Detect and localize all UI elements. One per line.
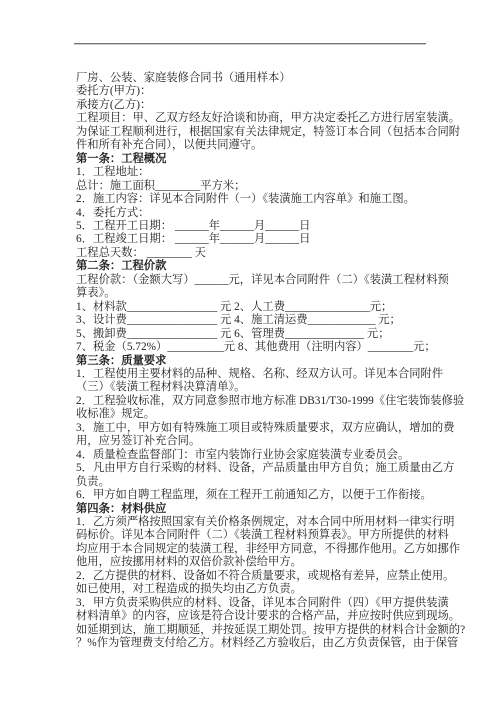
document-line: 材料清单》的内容，应该是符合设计要求的合格产品，并应按时供应到现场。 (76, 610, 448, 623)
document-line: 如已使用，对工程造成的损失均由乙方负责。 (76, 583, 448, 596)
document-line: 5、搬卸费________________ 元 6、管理费___________… (76, 328, 448, 341)
document-line: 工程项目：甲、乙双方经友好洽谈和协商，甲方决定委托乙方进行居室装潢。 (76, 112, 448, 125)
document-line: 他用，应按挪用材料的双倍价款补偿给甲方。 (76, 556, 448, 569)
document-line: 均应用于本合同规定的装潢工程，非经甲方同意，不得挪作他用。乙方如挪作 (76, 543, 448, 556)
document-line: 负责。 (76, 476, 448, 489)
document-title-line: 厂房、公装、家庭装修合同书（通用样本） (76, 72, 448, 85)
document-line: ？%作为管理费支付给乙方。材料经乙方验收后，由乙方负责保管，由于保管 (76, 637, 448, 650)
document-line: 1．工程地址： (76, 166, 448, 179)
document-line: 5．凡由甲方自行采购的材料、设备，产品质量由甲方自负；施工质量由乙方 (76, 462, 448, 475)
document-line: （三）《装潢工程材料决算清单》。 (76, 381, 448, 394)
document-line: 算表》。 (76, 287, 448, 300)
document-line: 3．施工中，甲方如有特殊施工项目或特殊质量要求，双方应确认，增加的费 (76, 422, 448, 435)
document-line: 1．工程使用主要材料的品种、规格、名称、经双方认可。详见本合同附件 (76, 368, 448, 381)
contract-document-page: 厂房、公装、家庭装修合同书（通用样本）委托方(甲方)：承接方(乙方)：工程项目：… (0, 0, 500, 707)
document-line: 第一条：工程概况 (76, 153, 448, 166)
document-line: 为保证工程顺利进行，根据国家有关法律规定，特签订本合同（包括本合同附 (76, 126, 448, 139)
document-line: 4．质量检查监督部门：市室内装饰行业协会家庭装潢专业委员会。 (76, 449, 448, 462)
document-line: 总计：施工面积________平方米； (76, 180, 448, 193)
document-line: 如延期到达，施工期顺延，并按延误工期处罚。按甲方提供的材料合计金额的? (76, 624, 448, 637)
document-line: 用，应另签订补充合同。 (76, 435, 448, 448)
document-line: 7、税金（5.72%）__________元 8、其他费用（注明内容）_____… (76, 341, 448, 354)
document-line: 第三条：质量要求 (76, 355, 448, 368)
document-line: 2．乙方提供的材料、设备如不符合质量要求，或规格有差异，应禁止使用。 (76, 570, 448, 583)
document-line: 2．工程验收标准，双方同意参照市地方标准 DB31/T30-1999《住宅装饰装… (76, 395, 448, 408)
document-line: 6．工程竣工日期： ______年______月______日 (76, 233, 448, 246)
document-line: 1．乙方须严格按照国家有关价格条例规定，对本合同中所用材料一律实行明 (76, 516, 448, 529)
document-line: 第二条：工程价款 (76, 260, 448, 273)
document-body: 厂房、公装、家庭装修合同书（通用样本）委托方(甲方)：承接方(乙方)：工程项目：… (76, 72, 448, 650)
document-line: 码标价。详见本合同附件（二）《装潢工程材料预算表》。甲方所提供的材料 (76, 529, 448, 542)
document-line: 第四条：材料供应 (76, 503, 448, 516)
top-divider-rule (74, 43, 426, 45)
document-line: 6．甲方如自聘工程监理，须在工程开工前通知乙方，以便于工作衔接。 (76, 489, 448, 502)
document-line: 5．工程开工日期： ______年______月______日 (76, 220, 448, 233)
document-line: 2．施工内容：详见本合同附件（一）《装潢施工内容单》和施工图。 (76, 193, 448, 206)
document-line: 承接方(乙方)： (76, 99, 448, 112)
document-line: 收标准》规定。 (76, 408, 448, 421)
document-line: 工程价款：（金额大写）______元，详见本合同附件（二）《装潢工程材料预 (76, 274, 448, 287)
document-line: 3．甲方负责采购供应的材料、设备，详见本合同附件（四）《甲方提供装潢 (76, 597, 448, 610)
document-line: 件和所有补充合同），以便共同遵守。 (76, 139, 448, 152)
document-line: 委托方(甲方)： (76, 85, 448, 98)
document-line: 工程总天数： ________ 天 (76, 247, 448, 260)
document-line: 3、设计费________________ 元 4、施工清运费_________… (76, 314, 448, 327)
document-line: 4．委托方式： (76, 207, 448, 220)
document-line: 1、材料款________________ 元 2、人工费___________… (76, 301, 448, 314)
